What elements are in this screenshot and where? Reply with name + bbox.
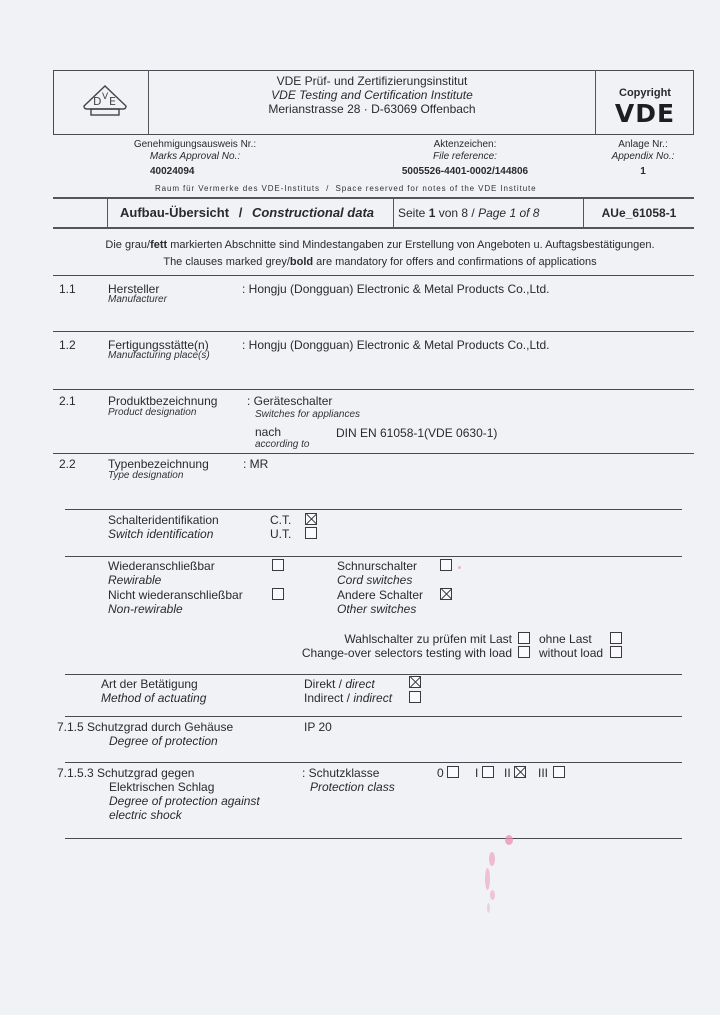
type-designation-value: : MR	[243, 457, 268, 471]
non-rewirable-label-en: Non-rewirable	[108, 602, 183, 616]
manufacturer-label-en: Manufacturer	[108, 294, 167, 306]
approval-label-de: Genehmigungsausweis Nr.:	[110, 139, 280, 151]
title-de: Aufbau-Übersicht	[120, 205, 229, 220]
protection-class-0-label: 0	[437, 766, 444, 780]
section-7-1-5-number: 7.1.5	[57, 720, 84, 734]
cord-switches-label-en: Cord switches	[337, 573, 412, 587]
notice-en-text1: The clauses marked grey/	[163, 256, 290, 268]
switch-id-label-de: Schalteridentifikation	[108, 513, 219, 527]
enclosure-protection-label-de: Schutzgrad durch Gehäuse	[87, 720, 233, 734]
switch-id-label-en: Switch identification	[108, 527, 213, 541]
copyright-brand: VDE	[596, 101, 694, 127]
direct-en: direct	[345, 677, 374, 691]
protection-class-3-label: III	[538, 766, 548, 780]
section-1-1-number: 1.1	[59, 282, 76, 296]
selector-with-load-checkbox[interactable]	[518, 632, 530, 644]
other-switches-checkbox[interactable]	[440, 588, 452, 600]
switch-id-ut-label: U.T.	[270, 527, 291, 541]
actuating-indirect-label: Indirect / indirect	[304, 691, 392, 705]
protection-class-2-checkbox[interactable]	[514, 766, 526, 778]
shock-protection-label-en-1: Degree of protection against	[109, 794, 260, 808]
title-separator: /	[239, 205, 243, 220]
notice-de-bold: fett	[150, 239, 167, 251]
institute-name-de: VDE Prüf- und Zertifizierungsinstitut	[149, 74, 595, 88]
direct-de: Direkt /	[304, 677, 345, 691]
manufacturer-value: : Hongju (Dongguan) Electronic & Metal P…	[242, 282, 550, 296]
title-en: Constructional data	[252, 205, 374, 220]
product-designation-label-en: Product designation	[108, 407, 196, 419]
protection-class-3-checkbox[interactable]	[553, 766, 565, 778]
selector-with-load-label-en: Change-over selectors testing with load	[302, 646, 512, 660]
shock-protection-label-en-2: electric shock	[109, 808, 182, 822]
switch-id-ut-checkbox[interactable]	[305, 527, 317, 539]
standard-value: DIN EN 61058-1(VDE 0630-1)	[336, 426, 497, 440]
institute-name-en: VDE Testing and Certification Institute	[149, 88, 595, 102]
according-to-de: nach	[255, 425, 281, 439]
manufacturing-place-label-en: Manufacturing place(s)	[108, 350, 210, 362]
svg-text:D: D	[93, 95, 101, 108]
protection-class-label-en: Protection class	[310, 780, 395, 794]
page-prefix: Seite	[398, 206, 429, 220]
according-to-en: according to	[255, 439, 309, 451]
section-7-1-5-3-label: 7.1.5.3 Schutzgrad gegen	[57, 766, 194, 780]
switch-id-ct-checkbox[interactable]	[305, 513, 317, 525]
section-7-1-5-label: 7.1.5 Schutzgrad durch Gehäuse	[57, 720, 233, 734]
rewirable-label-en: Rewirable	[108, 573, 161, 587]
switch-id-ct-label: C.T.	[270, 513, 291, 527]
rewirable-label-de: Wiederanschließbar	[108, 559, 215, 573]
appendix-label-en: Appendix No.:	[598, 151, 688, 163]
non-rewirable-checkbox[interactable]	[272, 588, 284, 600]
title-bar: Aufbau-Übersicht / Constructional data	[120, 205, 374, 220]
approval-number: 40024094	[150, 166, 195, 178]
actuating-label-en: Method of actuating	[101, 691, 206, 705]
selector-with-load-checkbox-en[interactable]	[518, 646, 530, 658]
type-designation-label-en: Type designation	[108, 470, 183, 482]
other-switches-label-de: Andere Schalter	[337, 588, 423, 602]
manufacturing-place-value: : Hongju (Dongguan) Electronic & Metal P…	[242, 338, 550, 352]
section-2-2-number: 2.2	[59, 457, 76, 471]
actuating-indirect-checkbox[interactable]	[409, 691, 421, 703]
product-designation-value-de: : Geräteschalter	[247, 394, 332, 408]
shock-protection-label-de-1: Schutzgrad gegen	[97, 766, 194, 780]
product-designation-value-en: Switches for appliances	[255, 409, 360, 421]
appendix-label-de: Anlage Nr.:	[598, 139, 688, 151]
page-suffix: von 8 /	[435, 206, 478, 220]
institute-address: Merianstrasse 28 · D-63069 Offenbach	[149, 102, 595, 116]
cord-switches-label-de: Schnurschalter	[337, 559, 417, 573]
rewirable-checkbox[interactable]	[272, 559, 284, 571]
selector-without-load-checkbox[interactable]	[610, 632, 622, 644]
notice-en-bold: bold	[290, 256, 313, 268]
enclosure-protection-label-en: Degree of protection	[109, 734, 218, 748]
selector-without-load-checkbox-en[interactable]	[610, 646, 622, 658]
protection-class-2-label: II	[504, 766, 511, 780]
cord-switches-checkbox[interactable]	[440, 559, 452, 571]
selector-without-load-label-en: without load	[539, 646, 603, 660]
svg-text:E: E	[109, 95, 116, 108]
notice-de-text2: markierten Abschnitte sind Mindestangabe…	[167, 239, 654, 251]
svg-text:V: V	[102, 92, 109, 102]
section-2-1-number: 2.1	[59, 394, 76, 408]
notice-de: Die grau/fett markierten Abschnitte sind…	[40, 239, 720, 252]
protection-class-label-de: : Schutzklasse	[302, 766, 379, 780]
file-ref-label-de: Aktenzeichen:	[380, 139, 550, 151]
notice-de-text1: Die grau/	[105, 239, 150, 251]
indirect-en: indirect	[353, 691, 392, 705]
page-en: Page 1 of 8	[478, 206, 539, 220]
other-switches-label-en: Other switches	[337, 602, 416, 616]
shock-protection-label-de-2: Elektrischen Schlag	[109, 780, 214, 794]
actuating-direct-checkbox[interactable]	[409, 676, 421, 688]
notice-en: The clauses marked grey/bold are mandato…	[40, 256, 720, 269]
reserved-note: Raum für Vermerke des VDE-Instituts / Sp…	[155, 183, 537, 194]
file-ref-number: 5005526-4401-0002/144806	[380, 166, 550, 178]
protection-class-1-label: I	[475, 766, 478, 780]
appendix-number: 1	[598, 166, 688, 178]
selector-with-load-label-de: Wahlschalter zu prüfen mit Last	[344, 632, 512, 646]
product-designation-label-de: Produktbezeichnung	[108, 394, 217, 408]
actuating-label-de: Art der Betätigung	[101, 677, 198, 691]
protection-class-1-checkbox[interactable]	[482, 766, 494, 778]
section-7-1-5-3-number: 7.1.5.3	[57, 766, 94, 780]
actuating-direct-label: Direkt / direct	[304, 677, 375, 691]
file-ref-label-en: File reference:	[380, 151, 550, 163]
indirect-de: Indirect /	[304, 691, 353, 705]
ip-rating-value: IP 20	[304, 720, 332, 734]
non-rewirable-label-de: Nicht wiederanschließbar	[108, 588, 243, 602]
doc-code: AUe_61058-1	[584, 206, 694, 220]
selector-without-load-label-de: ohne Last	[539, 632, 592, 646]
page-indicator: Seite 1 von 8 / Page 1 of 8	[398, 206, 539, 220]
section-1-2-number: 1.2	[59, 338, 76, 352]
protection-class-0-checkbox[interactable]	[447, 766, 459, 778]
approval-label-en: Marks Approval No.:	[110, 151, 280, 163]
vde-logo-icon: D V E	[80, 82, 130, 122]
type-designation-label-de: Typenbezeichnung	[108, 457, 209, 471]
notice-en-text2: are mandatory for offers and confirmatio…	[313, 256, 597, 268]
